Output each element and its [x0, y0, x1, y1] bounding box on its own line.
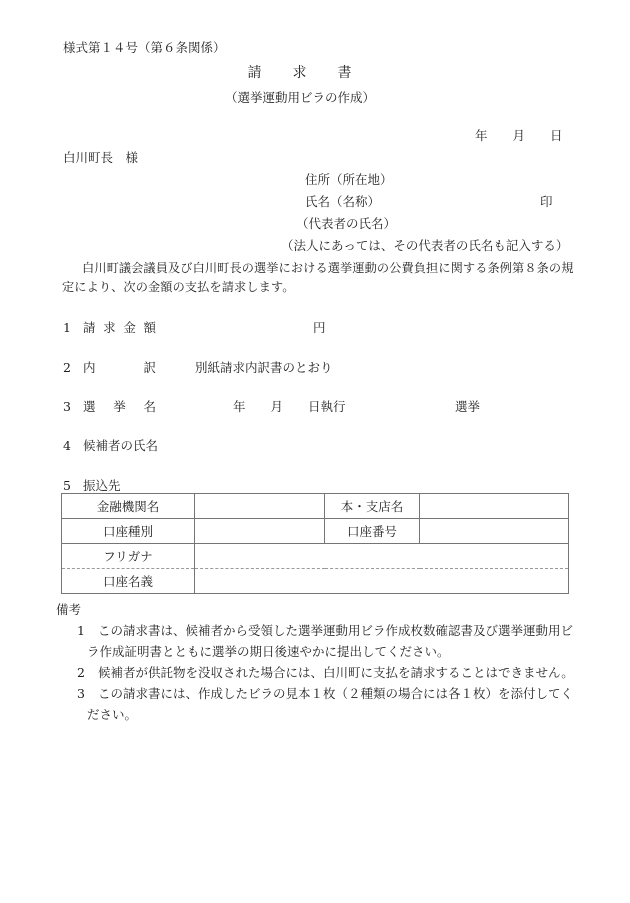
item-4-number: 4 — [63, 438, 71, 453]
item-3-election-date: 年 月 日執行 — [233, 399, 346, 414]
applicant-address-label: 住所（所在地） — [305, 172, 393, 187]
note-1-line2: ラ作成証明書とともに選挙の期日後速やかに提出してください。 — [87, 644, 450, 659]
item-5-number: 5 — [63, 478, 71, 493]
bank-name-label: 金融機関名 — [62, 494, 195, 519]
item-5-label: 振込先 — [83, 478, 121, 493]
form-number: 様式第１４号（第６条関係） — [63, 40, 226, 55]
table-row: 金融機関名 本・支店名 — [62, 494, 569, 519]
account-holder-value — [195, 569, 569, 594]
branch-name-label: 本・支店名 — [325, 494, 420, 519]
item-3-election-suffix: 選挙 — [455, 399, 480, 414]
item-1-label: 請 求 金 額 — [83, 320, 156, 335]
date-line: 年 月 日 — [475, 128, 563, 143]
account-type-label: 口座種別 — [62, 519, 195, 544]
note-3-line2: ださい。 — [87, 707, 137, 722]
branch-name-value — [420, 494, 569, 519]
item-3-number: 3 — [63, 399, 71, 414]
applicant-name-label: 氏名（名称） — [305, 194, 380, 209]
account-type-value — [195, 519, 325, 544]
account-holder-label: 口座名義 — [62, 569, 195, 594]
item-3-label: 選 挙 名 — [83, 399, 156, 414]
note-1-number: 1 — [77, 623, 85, 638]
bank-name-value — [195, 494, 325, 519]
body-paragraph-line2: 定により、次の金額の支払を請求します。 — [62, 280, 295, 295]
seal-mark: 印 — [540, 194, 553, 209]
note-2-number: 2 — [77, 665, 85, 680]
table-row: 口座名義 — [62, 569, 569, 594]
representative-label: （代表者の氏名） — [296, 216, 396, 231]
note-2-line1: 候補者が供託物を没収された場合には、白川町に支払を請求することはできません。 — [98, 665, 574, 680]
document-page: 様式第１４号（第６条関係） 請 求 書 （選挙運動用ビラの作成） 年 月 日 白… — [0, 0, 630, 903]
document-title: 請 求 書 — [0, 66, 600, 81]
furigana-label: フリガナ — [62, 544, 195, 569]
table-row: 口座種別 口座番号 — [62, 519, 569, 544]
item-2-label: 内 訳 — [83, 360, 156, 375]
furigana-value — [195, 544, 569, 569]
table-row: フリガナ — [62, 544, 569, 569]
account-number-value — [420, 519, 569, 544]
item-4-label: 候補者の氏名 — [83, 438, 158, 453]
note-3-line1: この請求書には、作成したビラの見本１枚（２種類の場合には各１枚）を添付してく — [98, 686, 573, 701]
item-2-number: 2 — [63, 360, 71, 375]
account-number-label: 口座番号 — [325, 519, 420, 544]
note-3-number: 3 — [77, 686, 85, 701]
addressee: 白川町長 様 — [63, 150, 138, 165]
notes-heading: 備考 — [56, 602, 81, 617]
item-1-amount-unit: 円 — [313, 320, 326, 335]
note-1-line1: この請求書は、候補者から受領した選挙運動用ビラ作成枚数確認書及び選挙運動用ビ — [98, 623, 573, 638]
corporation-note: （法人にあっては、その代表者の氏名も記入する） — [281, 238, 568, 253]
body-paragraph-line1: 白川町議会議員及び白川町長の選挙における選挙運動の公費負担に関する条例第８条の規 — [82, 261, 574, 276]
item-1-number: 1 — [63, 320, 71, 335]
item-2-value: 別紙請求内訳書のとおり — [195, 360, 333, 375]
document-subtitle: （選挙運動用ビラの作成） — [0, 90, 600, 105]
bank-transfer-table: 金融機関名 本・支店名 口座種別 口座番号 フリガナ 口座名義 — [61, 493, 569, 594]
